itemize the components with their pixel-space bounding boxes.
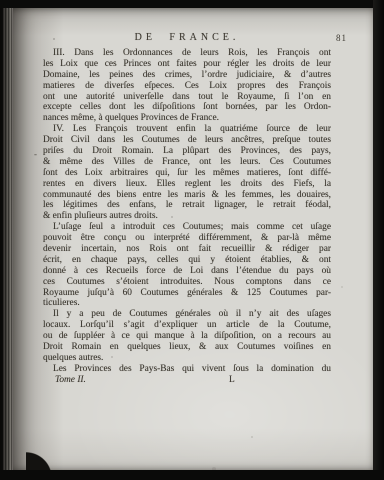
- text-line: quelques autres.: [43, 353, 331, 364]
- paragraph-coutumes-generales: Il y a peu de Coutumes générales où il n…: [43, 309, 331, 363]
- gathering-mark: L: [229, 375, 235, 385]
- running-title: DE FRANCE.: [43, 32, 331, 43]
- text-line: Domaine, les peines des crimes, l’ordre …: [43, 70, 331, 81]
- text-line: locaux. Lorſqu’il s’agit d’expliquer un …: [43, 320, 331, 331]
- text-line: IV. Les François trouvent enfin la quatr…: [43, 124, 331, 135]
- scan-edge-top: [0, 0, 384, 8]
- text-line: rentes en divers lieux. Elles reglent le…: [43, 179, 331, 190]
- text-line: les légitimes des enfans, le retrait lig…: [43, 200, 331, 211]
- text-line: pouvoit être conçu ou interprété différe…: [43, 233, 331, 244]
- text-line: & même des Villes de France, ont les leu…: [43, 157, 331, 168]
- scan-edge-bottom: [0, 470, 384, 480]
- text-line: matieres de diverſes eſpeces. Ces Loix p…: [43, 81, 331, 92]
- text-line: ont une autorité univerſelle dans tout l…: [43, 92, 331, 103]
- text-line: Droit Civil dans les Coutumes de leurs a…: [43, 135, 331, 146]
- text-line: nances même, à quelques Provinces de Fra…: [43, 113, 331, 124]
- text-line: donné à ces Recueils force de Loi dans l…: [43, 266, 331, 277]
- text-line: ticulieres.: [43, 298, 331, 309]
- paragraph-pays-bas: Les Provinces des Pays-Bas qui vivent ſo…: [43, 364, 331, 375]
- running-header: DE FRANCE. 81: [43, 32, 331, 47]
- text-line: Les Provinces des Pays-Bas qui vivent ſo…: [43, 364, 331, 375]
- text-block: III. Dans les Ordonnances de leurs Rois,…: [43, 48, 331, 375]
- text-line: excepte celles dont les diſpoſitions ſon…: [43, 102, 331, 113]
- text-line: écrit, en chaque pays, celles qui y étoi…: [43, 255, 331, 266]
- paragraph-3: III. Dans les Ordonnances de leurs Rois,…: [43, 48, 331, 124]
- margin-mark: -: [34, 149, 37, 159]
- signature-line: Tome II. L: [43, 375, 331, 387]
- text-line: communauté des biens entre les maris & l…: [43, 190, 331, 201]
- text-line: les Loix que ces Princes ont faites pour…: [43, 59, 331, 70]
- text-line: ces Coutumes s’étoient introduites. Nous…: [43, 277, 331, 288]
- paragraph-4: IV. Les François trouvent enfin la quatr…: [43, 124, 331, 222]
- text-line: devenir incertain, nos Rois ont fait rec…: [43, 244, 331, 255]
- tome-label: Tome II.: [55, 375, 86, 385]
- text-line: Il y a peu de Coutumes générales où il n…: [43, 309, 331, 320]
- text-line: ſont des Loix arbitraires qui, ſur les m…: [43, 168, 331, 179]
- book-page-paper: DE FRANCE. 81 - III. Dans les Ordonnance…: [13, 8, 374, 470]
- text-line: priſes du Droit Romain. La plûpart des P…: [43, 146, 331, 157]
- text-line: ou de ſuppléer à ce qui manque à la diſp…: [43, 331, 331, 342]
- text-line: L’uſage ſeul a introduit ces Coutumes; m…: [43, 222, 331, 233]
- text-line: Royaume juſqu’à 60 Coutumes générales & …: [43, 288, 331, 299]
- text-line: Droit Romain en quelques lieux, & aux Co…: [43, 342, 331, 353]
- page-number: 81: [336, 33, 347, 43]
- scan-edge-right: [373, 0, 384, 480]
- text-line: & enfin pluſieurs autres droits.: [43, 211, 331, 222]
- scanned-book-page: DE FRANCE. 81 - III. Dans les Ordonnance…: [0, 0, 384, 480]
- text-line: III. Dans les Ordonnances de leurs Rois,…: [43, 48, 331, 59]
- paragraph-usage: L’uſage ſeul a introduit ces Coutumes; m…: [43, 222, 331, 309]
